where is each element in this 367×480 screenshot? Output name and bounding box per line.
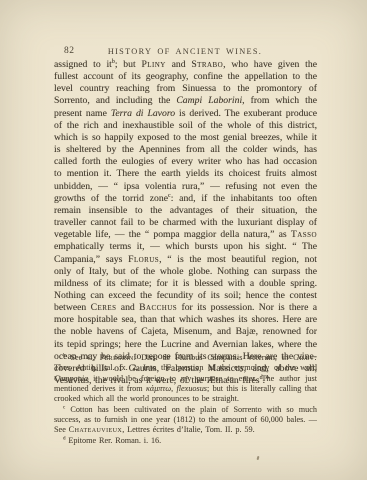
footnote-c: c Cotton has been cultivated on the plai… — [54, 405, 317, 436]
footnote-d: d Epitome Rer. Roman. i. 16. — [54, 436, 317, 446]
scan-speck — [257, 456, 260, 460]
footnote-b: b See C. Peregrini Diss. de Pluribus Cam… — [54, 353, 317, 405]
body-paragraph: assigned to itb; but Pliny and Strabo, w… — [54, 59, 317, 387]
page-header: 82 HISTORY OF ANCIENT WINES. — [54, 46, 316, 60]
footnotes-block: b See C. Peregrini Diss. de Pluribus Cam… — [54, 353, 317, 446]
running-title: HISTORY OF ANCIENT WINES. — [54, 47, 316, 56]
book-page: 82 HISTORY OF ANCIENT WINES. assigned to… — [0, 0, 367, 480]
